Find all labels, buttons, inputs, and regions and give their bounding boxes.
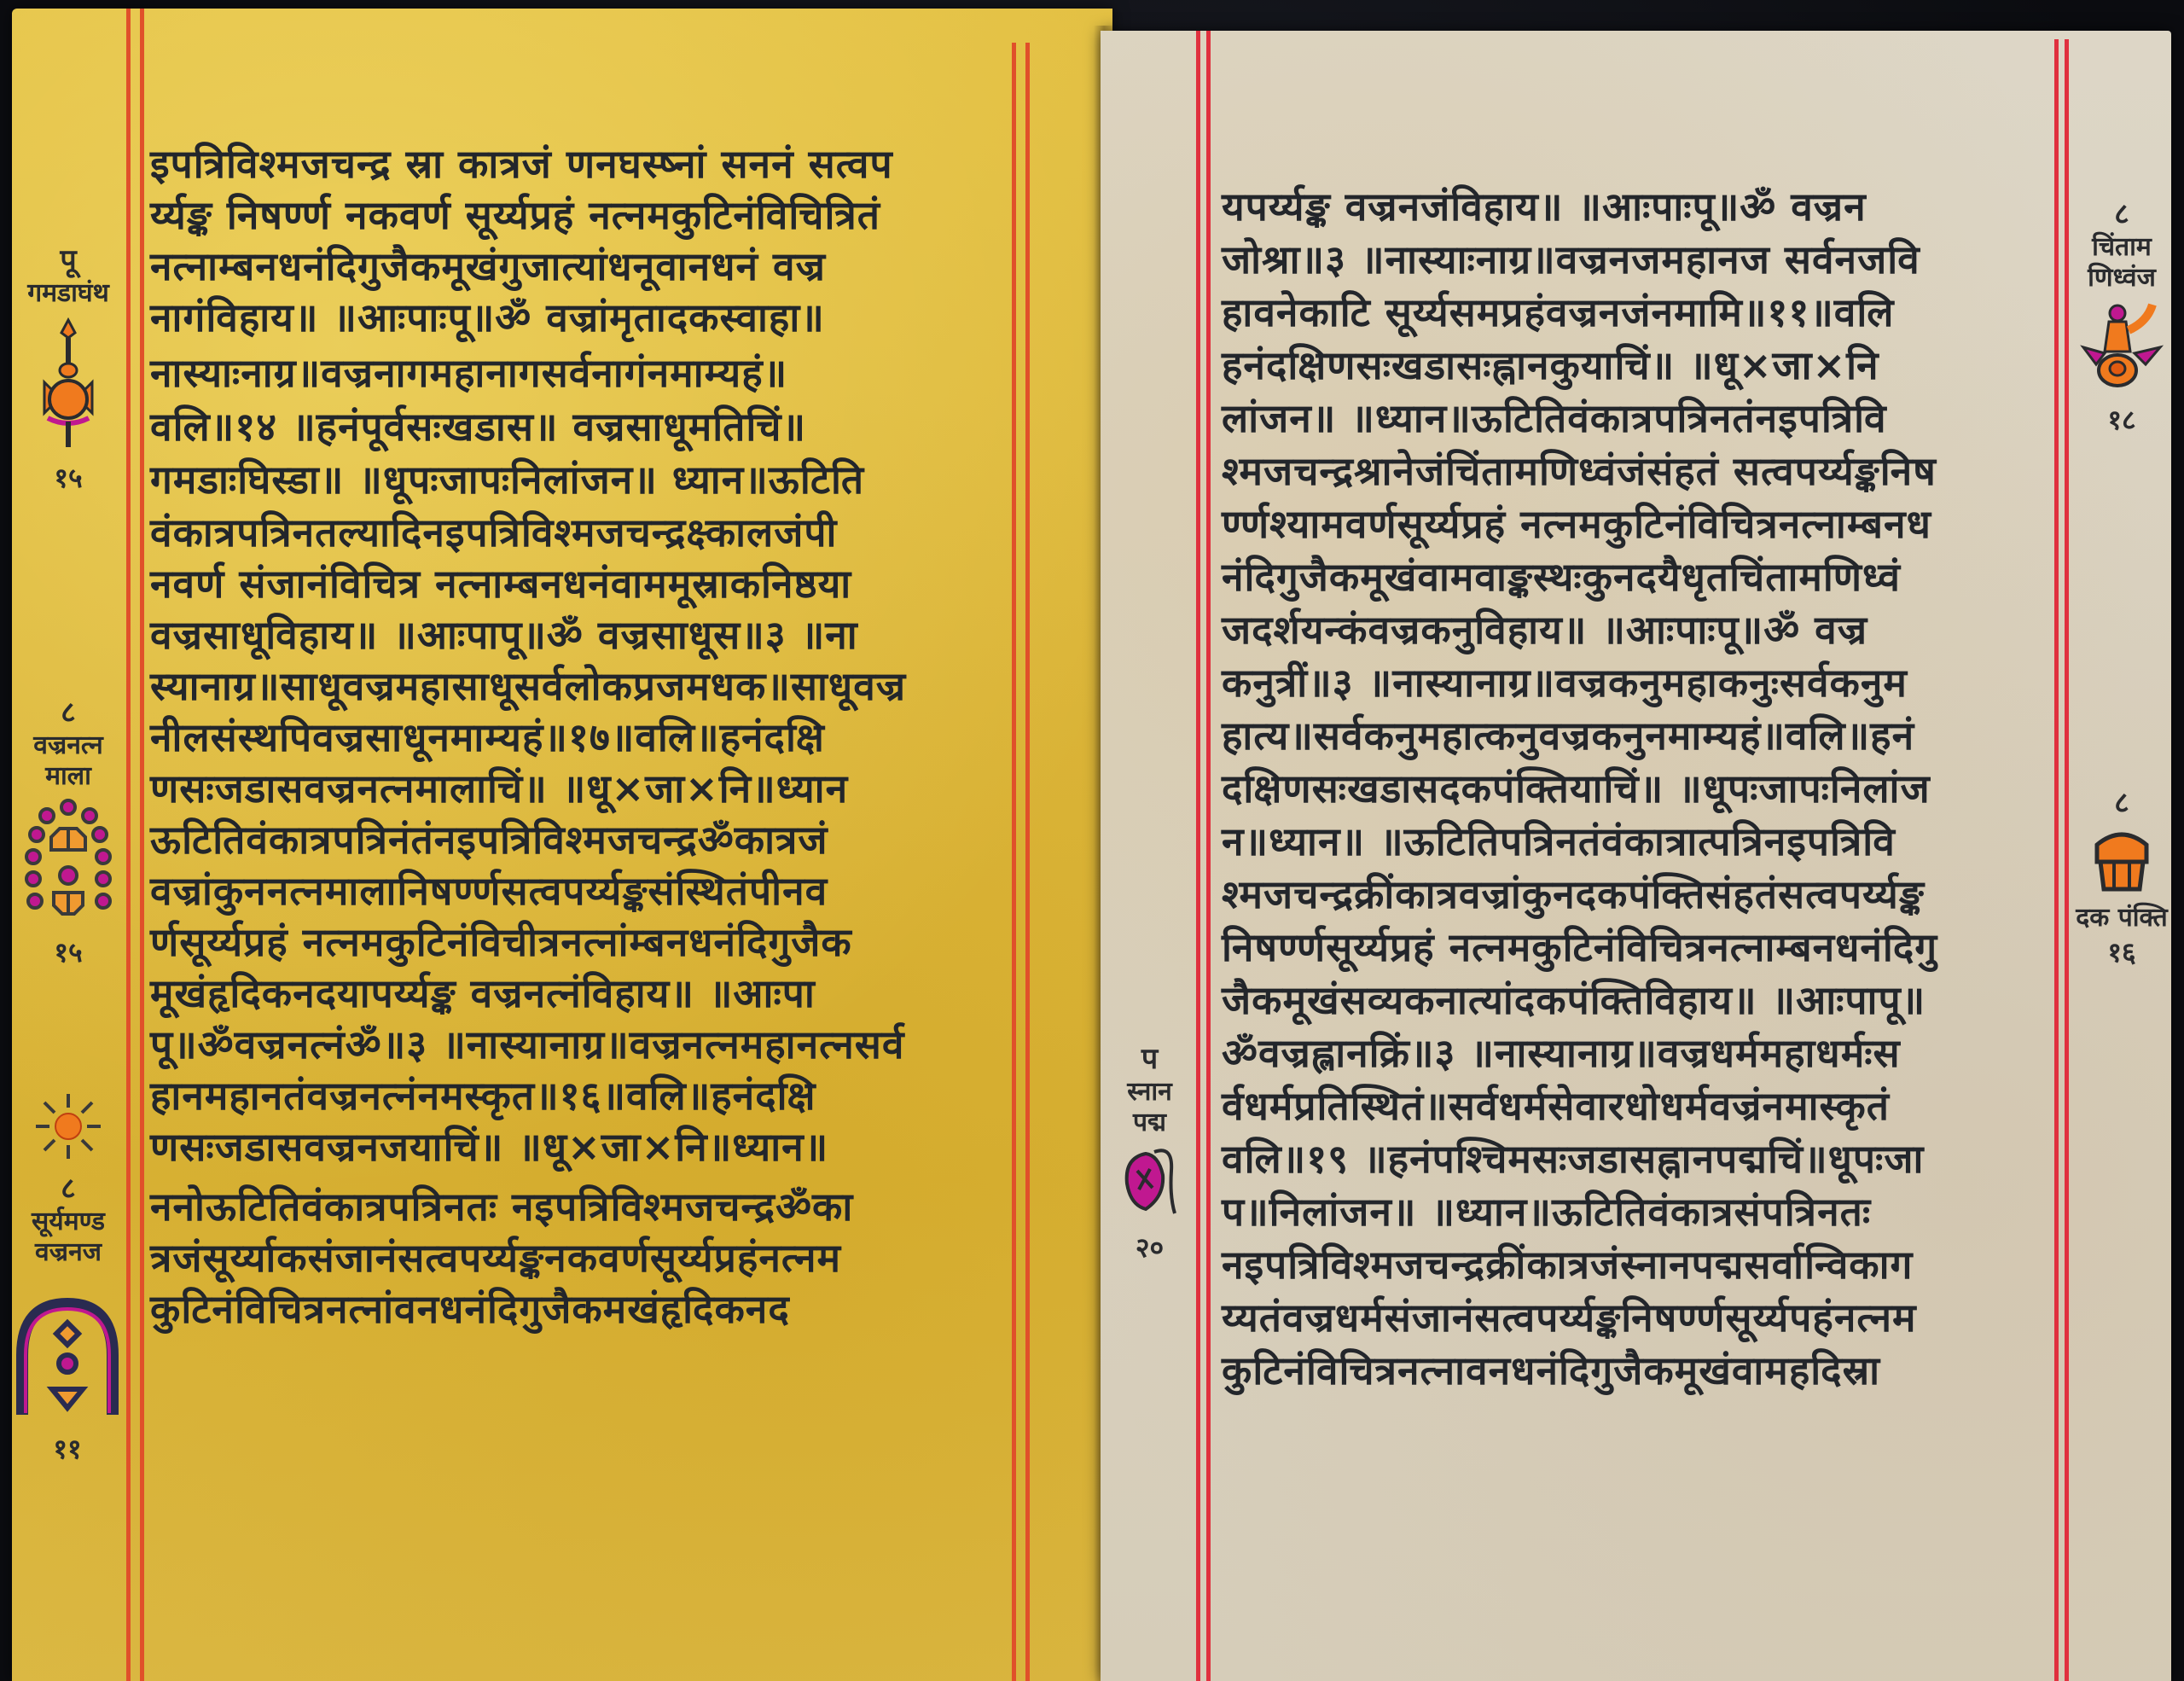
text-line: नंदिगुजैकमूखंवामवाङ्कस्थःकुनदयैधृतचिंताम… (1222, 550, 1901, 602)
margin-mark: पू (17, 239, 119, 278)
text-line: हनंदक्षिणसःखडासःह्नानकुयाचिं॥ ॥धू×जा×नि (1222, 338, 1879, 391)
text-line: श्मजचन्द्रश्रानेजंचिंतामणिध्वंजंसंहतं सत… (1222, 444, 1937, 497)
jewel-garland-icon (21, 799, 115, 927)
text-line: नीलसंस्थपिवज्रसाधूनमाम्यहं॥१७॥वलि॥हनंदक्… (150, 710, 825, 763)
margin-note-bell: पू गमडाघंथ १५ (17, 239, 119, 496)
lotus-leaf-icon (1120, 1145, 1180, 1222)
text-line: जदर्शयन्कंवज्रकनुविहाय॥ ॥आःपाःपू॥ॐ वज्र (1222, 602, 1867, 655)
margin-mark: ८ (17, 1167, 119, 1207)
margin-label: स्नान पद्म (1109, 1077, 1190, 1138)
margin-label: वज्रनत्न माला (17, 730, 119, 792)
text-line: दक्षिणसःखडासदकपंक्तियाचिं॥ ॥धूपःजापःनिला… (1222, 761, 1931, 814)
text-line: वज्रांकुननत्नमालानिषर्ण्णसत्वपर्य्यङ्कसं… (150, 864, 828, 916)
margin-mark: प (1109, 1038, 1190, 1077)
text-line: प॥निलांजन॥ ॥ध्यान॥ऊटितिवंकात्रसंपत्रिनतः (1222, 1184, 1871, 1237)
margin-note-arch: ११ (12, 1288, 123, 1467)
right-page: यपर्य्यङ्क वज्रनजंविहाय॥ ॥आःपाःपू॥ॐ वज्र… (1101, 31, 2171, 1681)
margin-folio-number: २० (1109, 1229, 1190, 1265)
text-line: गमडाःघिस्डा॥ ॥धूपःजापःनिलांजन॥ ध्यान॥ऊटि… (150, 452, 864, 505)
bell-vajra-icon (34, 316, 102, 452)
text-line: नवर्ण संजानंविचित्र नत्नाम्बनधनंवाममूस्र… (150, 556, 851, 609)
text-line: नास्याःनाग्र॥वज्रनागमहानागसर्वनागंनमाम्य… (150, 346, 787, 398)
left-page: इपत्रिविश्मजचन्द्र स्रा कात्रजं णनघस्ष्न… (12, 9, 1112, 1681)
margin-note-lotus: प स्नान पद्म २० (1109, 1038, 1190, 1265)
text-line: र्णसूर्य्यप्रहं नत्नमकुटिनंविचीत्रनत्नां… (150, 915, 852, 968)
sun-icon (34, 1092, 102, 1160)
text-line: वलि॥१४ ॥हनंपूर्वसःखडास॥ वज्रसाधूमतिचिं॥ (150, 399, 806, 452)
margin-label: चिंताम णिध्वंज (2075, 232, 2169, 294)
margin-note-sun: ८ सूर्यमण्ड वज्रनज (17, 1085, 119, 1268)
text-line: य्यतंवज्रधर्मसंजानंसत्वपर्य्यङ्कनिषर्ण्ण… (1222, 1290, 1917, 1343)
left-right-rule-outer (1025, 43, 1030, 1681)
right-left-rule-inner (1206, 31, 1211, 1681)
left-margin-rule-inner (140, 9, 144, 1681)
right-right-rule-inner (2054, 39, 2059, 1681)
right-left-rule-outer (1196, 31, 1200, 1681)
text-line: मूखंहृदिकनदयापर्य्यङ्क वज्रनत्नंविहाय॥ ॥… (150, 966, 816, 1019)
text-line: त्रजंसूर्य्याकसंजानंसत्वपर्य्यङ्कनकवर्णस… (150, 1230, 841, 1283)
margin-label: गमडाघंथ (17, 278, 119, 309)
text-line: ननोऊटितिवंकात्रपत्रिनतः नइपत्रिविश्मजचन्… (150, 1179, 853, 1232)
text-line: हानमहानतंवज्रनत्नंनमस्कृत॥१६॥वलि॥हनंदक्ष… (150, 1068, 816, 1121)
margin-label: सूर्यमण्ड वज्रनज (17, 1207, 119, 1268)
text-line: ॐवज्रह्लानक्रिं॥३ ॥नास्यानाग्र॥वज्रधर्मम… (1222, 1026, 1901, 1079)
margin-note-chintamani: ८ चिंताम णिध्वंज १८ (2075, 193, 2169, 438)
text-line: वज्रसाधूविहाय॥ ॥आःपापू॥ॐ वज्रसाधूस॥३ ॥ना (150, 608, 858, 660)
text-line: वलि॥१९ ॥हनंपश्चिमसःजडासह्नानपद्मचिं॥धूपः… (1222, 1131, 1924, 1184)
margin-mark: ८ (17, 691, 119, 730)
text-line: जोश्रा॥३ ॥नास्याःनाग्र॥वज्रनजमहानज सर्वन… (1222, 232, 1920, 285)
text-line: निषर्ण्णसूर्य्यप्रहं नत्नमकुटिनंविचित्रन… (1222, 920, 1937, 973)
text-line: इपत्रिविश्मजचन्द्र स्रा कात्रजं णनघस्ष्न… (150, 137, 893, 189)
text-line: नइपत्रिविश्मजचन्द्रक्रींकात्रजंस्नानपद्म… (1222, 1237, 1913, 1290)
text-line: णसःजडासवज्रनत्नमालाचिं॥ ॥धू×जा×नि॥ध्यान (150, 761, 848, 814)
text-line: पू॥ॐवज्रनत्नंॐ॥३ ॥नास्यानाग्र॥वज्रनत्नमह… (150, 1017, 904, 1070)
text-line: यपर्य्यङ्क वज्रनजंविहाय॥ ॥आःपाःपू॥ॐ वज्र… (1222, 179, 1867, 232)
text-line: न॥ध्यान॥ ॥ऊटितिपत्रिनतंवंकात्रात्पत्रिनइ… (1222, 814, 1896, 867)
text-line: नत्नाम्बनधनंदिगुजैकमूखंगुजात्यांधनूवानधन… (150, 239, 826, 292)
text-line: ऊटितिवंकात्रपत्रिनंतंनइपत्रिविश्मजचन्द्र… (150, 812, 828, 865)
arch-torana-icon (14, 1295, 121, 1423)
margin-mark: ८ (2075, 782, 2169, 821)
text-line: श्मजचन्द्रक्रींकात्रवज्रांकुनदकपंक्तिसंह… (1222, 867, 1925, 920)
margin-folio-number: १६ (2075, 934, 2169, 970)
left-margin-rule-outer (126, 9, 131, 1681)
text-line: स्यानाग्र॥साधूवज्रमहासाधूसर्वलोकप्रजमधक॥… (150, 659, 906, 712)
margin-folio-number: १५ (17, 934, 119, 970)
margin-note-offering: ८ दक पंक्ति १६ (2075, 782, 2169, 970)
text-line: हावनेकाटि सूर्य्यसमप्रहंवज्रनजंनमामि॥११॥… (1222, 285, 1894, 338)
text-line: हात्य॥सर्वकनुमहात्कनुवज्रकनुनमाम्यहं॥वलि… (1222, 708, 1914, 761)
text-line: कुटिनंविचित्रनत्नांवनधनंदिगुजैकमखंहृदिकन… (150, 1282, 790, 1335)
left-right-rule-inner (1012, 43, 1016, 1681)
margin-folio-number: ११ (12, 1430, 123, 1467)
text-line: णसःजडासवज्रनजयाचिं॥ ॥धू×जा×नि॥ध्यान॥ (150, 1120, 828, 1172)
margin-note-garland: ८ वज्रनत्न माला १५ (17, 691, 119, 970)
margin-folio-number: १८ (2075, 401, 2169, 438)
text-line: र्य्यङ्क निषर्ण्ण नकवर्ण सूर्य्यप्रहं नत… (150, 188, 880, 241)
margin-mark: ८ (2075, 193, 2169, 232)
margin-folio-number: १५ (17, 459, 119, 496)
margin-label: दक पंक्ति (2075, 903, 2169, 934)
right-right-rule-outer (2065, 39, 2069, 1681)
text-line: र्ण्णश्यामवर्णसूर्य्यप्रहं नत्नमकुटिनंवि… (1222, 497, 1931, 550)
text-line: लांजन॥ ॥ध्यान॥ऊटितिवंकात्रपत्रिनतंनइपत्र… (1222, 391, 1887, 444)
text-line: कनुत्रीं॥३ ॥नास्यानाग्र॥वज्रकनुमहाकनुःसर… (1222, 655, 1908, 708)
wish-jewel-banner-icon (2079, 300, 2164, 394)
offering-cup-icon (2092, 828, 2152, 896)
text-line: जैकमूखंसव्यकनात्यांदकपंक्तिविहाय॥ ॥आःपाप… (1222, 973, 1926, 1026)
text-line: वंकात्रपत्रिनतल्यादिनइपत्रिविश्मजचन्द्रक… (150, 505, 837, 558)
text-line: कुटिनंविचित्रनत्नावनधनंदिगुजैकमूखंवामहदि… (1222, 1343, 1880, 1396)
text-line: र्वधर्मप्रतिस्थितं॥सर्वधर्मसेवारधोधर्मवज… (1222, 1079, 1890, 1131)
text-line: नागंविहाय॥ ॥आःपाःपू॥ॐ वज्रांमृतादकस्वाहा… (150, 290, 825, 343)
